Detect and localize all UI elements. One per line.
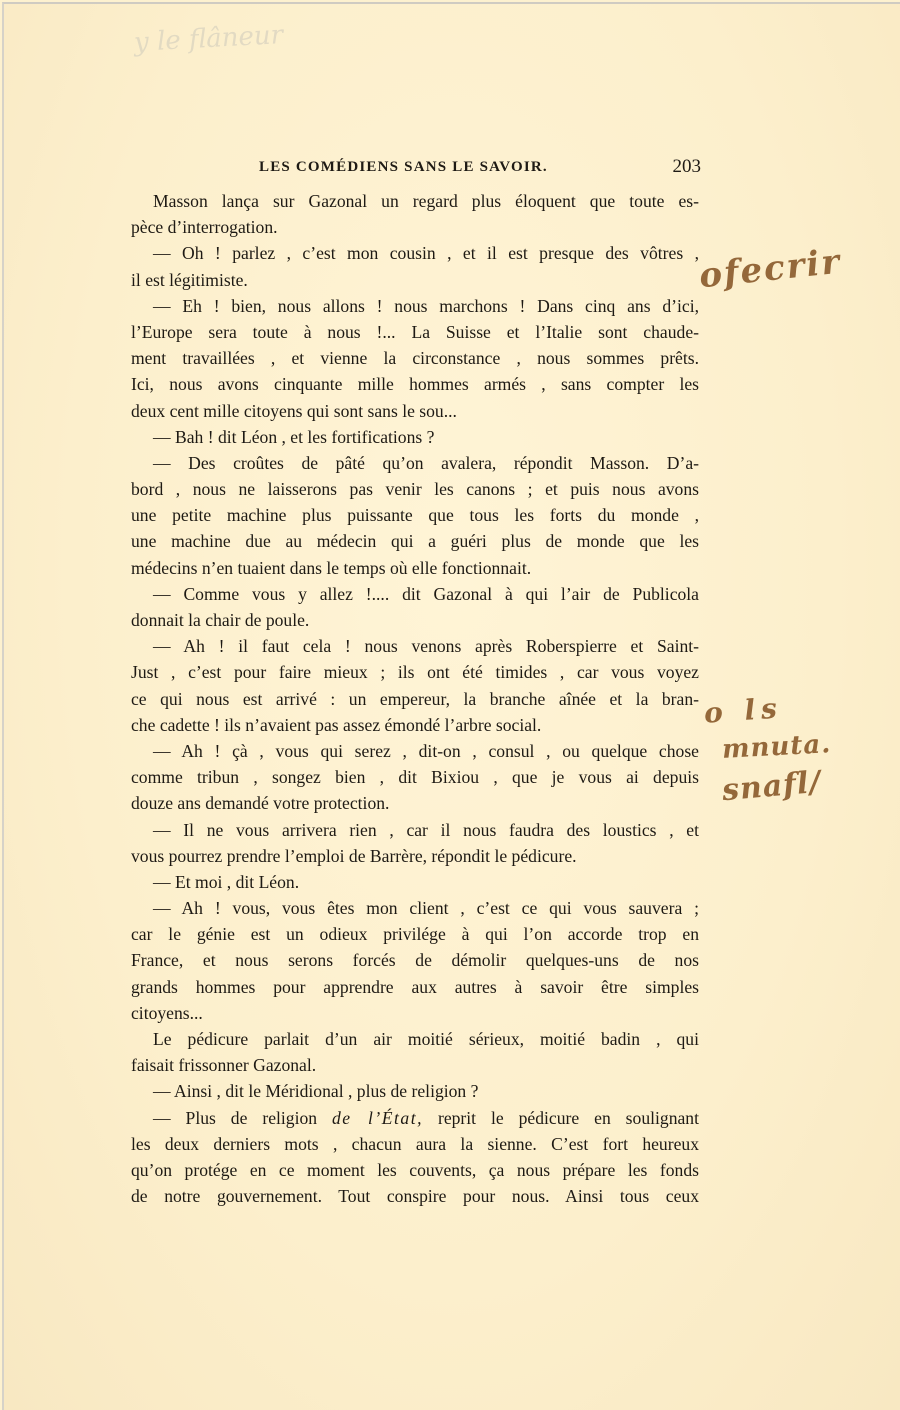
text-line: donnait la chair de poule. bbox=[131, 607, 699, 633]
text-line: — Eh ! bien, nous allons ! nous marchons… bbox=[131, 293, 699, 319]
text-line: pèce d’interrogation. bbox=[131, 214, 699, 240]
bleed-through-handwriting: y le flâneur bbox=[133, 20, 283, 58]
text-line: de notre gouvernement. Tout conspire pou… bbox=[131, 1183, 699, 1209]
text-line: Le pédicure parlait d’un air moitié séri… bbox=[131, 1026, 699, 1052]
text-line: — Ainsi , dit le Méridional , plus de re… bbox=[131, 1078, 699, 1104]
text-line: France, et nous serons forcés de démolir… bbox=[131, 947, 699, 973]
text-line: che cadette ! ils n’avaient pas assez ém… bbox=[131, 712, 699, 738]
text-line: — Ah ! çà , vous qui serez , dit-on , co… bbox=[131, 738, 699, 764]
text-line: une petite machine plus puissante que to… bbox=[131, 502, 699, 528]
margin-annotation-correction-1: ofecrir bbox=[697, 242, 843, 297]
circled-word-mark: est bbox=[145, 267, 165, 293]
text-line: — Ah ! il faut cela ! nous venons après … bbox=[131, 633, 699, 659]
text-line: citoyens... bbox=[131, 1000, 699, 1026]
margin-annotation-correction-2a: o ls bbox=[703, 691, 784, 729]
text-line: — Comme vous y allez !.... dit Gazonal à… bbox=[131, 581, 699, 607]
text-line: — Il ne vous arrivera rien , car il nous… bbox=[131, 817, 699, 843]
text-line: il est légitimiste. bbox=[131, 267, 699, 293]
text-line: — Oh ! parlez , c’est mon cousin , et il… bbox=[131, 240, 699, 266]
text-line: — Des croûtes de pâté qu’on avalera, rép… bbox=[131, 450, 699, 476]
text-line: vous pourrez prendre l’emploi de Barrère… bbox=[131, 843, 699, 869]
body-text: Masson lança sur Gazonal un regard plus … bbox=[131, 188, 699, 1209]
circled-word-mark: ils bbox=[224, 712, 241, 738]
text-line: — Bah ! dit Léon , et les fortifications… bbox=[131, 424, 699, 450]
margin-annotation-correction-2b: mnuta. bbox=[721, 729, 832, 765]
italic-emphasis: de l’État, bbox=[332, 1108, 423, 1128]
book-page: y le flâneur LES COMÉDIENS SANS LE SAVOI… bbox=[2, 2, 900, 1410]
text-line: l’Europe sera toute à nous !... La Suiss… bbox=[131, 319, 699, 345]
text-line: ment travaillées , et vienne la circonst… bbox=[131, 345, 699, 371]
text-line: — Ah ! vous, vous êtes mon client , c’es… bbox=[131, 895, 699, 921]
text-line: douze ans demandé votre protection. bbox=[131, 790, 699, 816]
text-line: deux cent mille citoyens qui sont sans l… bbox=[131, 398, 699, 424]
text-line: bord , nous ne laisserons pas venir les … bbox=[131, 476, 699, 502]
text-line: Masson lança sur Gazonal un regard plus … bbox=[131, 188, 699, 214]
text-line: — Plus de religion de l’État, reprit le … bbox=[131, 1105, 699, 1131]
text-line: une machine due au médecin qui a guéri p… bbox=[131, 528, 699, 554]
text-line: grands hommes pour apprendre aux autres … bbox=[131, 974, 699, 1000]
text-line: les deux derniers mots , chacun aura la … bbox=[131, 1131, 699, 1157]
margin-annotation-correction-2c: snafl/ bbox=[721, 765, 823, 809]
running-title: LES COMÉDIENS SANS LE SAVOIR. bbox=[259, 159, 548, 176]
page-number: 203 bbox=[673, 156, 702, 178]
text-line: Just , c’est pour faire mieux ; ils ont … bbox=[131, 659, 699, 685]
text-line: — Et moi , dit Léon. bbox=[131, 869, 699, 895]
text-line: car le génie est un odieux privilége à q… bbox=[131, 921, 699, 947]
page-header: LES COMÉDIENS SANS LE SAVOIR. 203 bbox=[131, 159, 701, 181]
text-line: faisait frissonner Gazonal. bbox=[131, 1052, 699, 1078]
text-line: médecins n’en tuaient dans le temps où e… bbox=[131, 555, 699, 581]
text-line: Ici, nous avons cinquante mille hommes a… bbox=[131, 371, 699, 397]
text-line: qu’on protége en ce moment les couvents,… bbox=[131, 1157, 699, 1183]
text-line: comme tribun , songez bien , dit Bixiou … bbox=[131, 764, 699, 790]
text-line: ce qui nous est arrivé : un empereur, la… bbox=[131, 686, 699, 712]
